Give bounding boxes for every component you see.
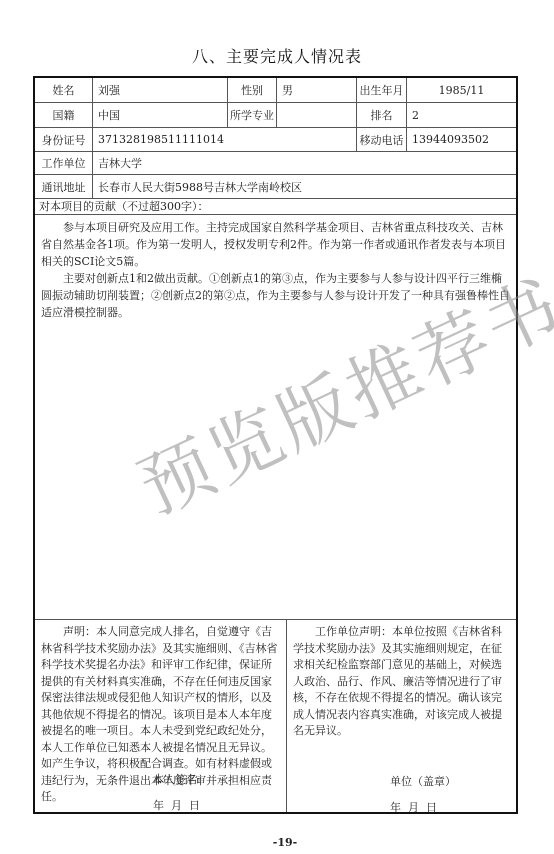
personal-declaration: 声明：本人同意完成人排名，自觉遵守《吉林省科学技术奖励办法》及其实施细则、《吉林… bbox=[35, 620, 287, 812]
page-number: -19- bbox=[0, 836, 554, 849]
contribution-paragraph-1: 参与本项目研究及应用工作。主持完成国家自然科学基金项目、吉林省重点科技攻关、吉林… bbox=[41, 219, 510, 270]
id-label: 身份证号 bbox=[35, 128, 93, 151]
unit-date-label: 年 月 日 bbox=[390, 800, 437, 817]
major-value bbox=[277, 103, 357, 127]
phone-value: 13944093502 bbox=[407, 128, 516, 151]
phone-label: 移动电话 bbox=[357, 128, 407, 151]
rank-value: 2 bbox=[407, 103, 516, 127]
signature-label: 本人签名: bbox=[153, 772, 201, 789]
work-unit-value: 吉林大学 bbox=[93, 152, 516, 174]
rank-label: 排名 bbox=[357, 103, 407, 127]
nationality-value: 中国 bbox=[93, 103, 228, 127]
unit-declaration-text: 工作单位声明：本单位按照《吉林省科学技术奖励办法》及其实施细则规定，在征求相关纪… bbox=[293, 624, 510, 740]
birth-value: 1985/11 bbox=[407, 78, 516, 102]
unit-declaration: 工作单位声明：本单位按照《吉林省科学技术奖励办法》及其实施细则规定，在征求相关纪… bbox=[287, 620, 516, 812]
completer-info-table: 姓名 刘强 性别 男 出生年月 1985/11 国籍 中国 所学专业 排名 2 … bbox=[33, 76, 518, 814]
contribution-paragraph-2: 主要对创新点1和2做出贡献。①创新点1的第③点，作为主要参与人参与设计四平行三维… bbox=[41, 270, 510, 321]
id-value: 371328198511111014 bbox=[93, 128, 357, 151]
contribution-body: 参与本项目研究及应用工作。主持完成国家自然科学基金项目、吉林省重点科技攻关、吉林… bbox=[35, 215, 516, 620]
seal-label: 单位（盖章） bbox=[390, 774, 456, 791]
table-row-address: 通讯地址 长春市人民大街5988号吉林大学南岭校区 bbox=[35, 175, 516, 199]
gender-label: 性别 bbox=[228, 78, 277, 102]
page-title: 八、主要完成人情况表 bbox=[0, 44, 554, 67]
work-unit-label: 工作单位 bbox=[35, 152, 93, 174]
name-value: 刘强 bbox=[93, 78, 228, 102]
name-label: 姓名 bbox=[35, 78, 93, 102]
table-row-id: 身份证号 371328198511111014 移动电话 13944093502 bbox=[35, 128, 516, 152]
nationality-label: 国籍 bbox=[35, 103, 93, 127]
major-label: 所学专业 bbox=[228, 103, 277, 127]
personal-date-label: 年 月 日 bbox=[153, 798, 200, 815]
contribution-heading: 对本项目的贡献（不过超300字）： bbox=[35, 199, 516, 215]
table-row-work-unit: 工作单位 吉林大学 bbox=[35, 152, 516, 175]
table-row-nationality: 国籍 中国 所学专业 排名 2 bbox=[35, 103, 516, 128]
address-label: 通讯地址 bbox=[35, 175, 93, 198]
birth-label: 出生年月 bbox=[357, 78, 407, 102]
gender-value: 男 bbox=[277, 78, 357, 102]
table-row-name: 姓名 刘强 性别 男 出生年月 1985/11 bbox=[35, 78, 516, 103]
address-value: 长春市人民大街5988号吉林大学南岭校区 bbox=[93, 175, 516, 198]
